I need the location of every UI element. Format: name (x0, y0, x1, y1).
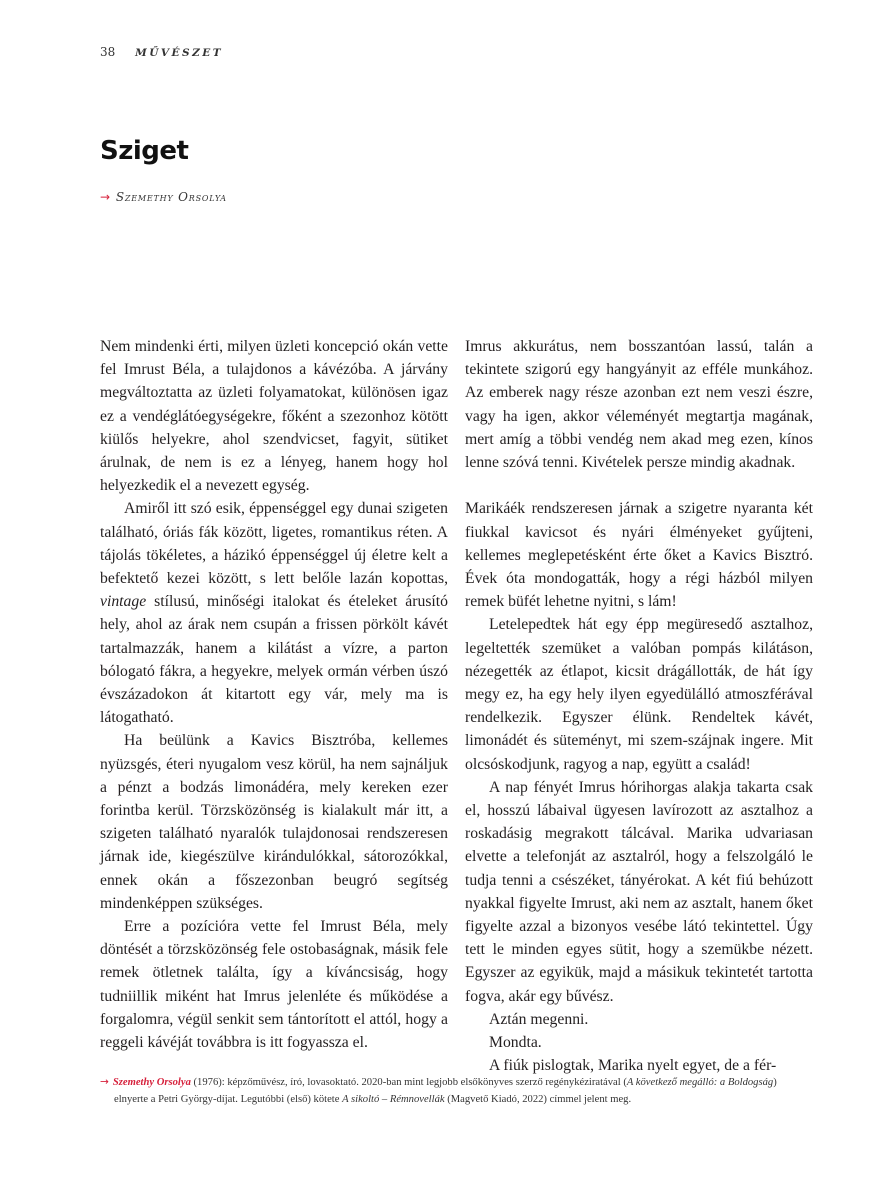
running-head: 38 MŰVÉSZET (100, 45, 223, 59)
paragraph: Letelepedtek hát egy épp megüresedő aszt… (465, 613, 813, 775)
author-name: Szemethy Orsolya (116, 190, 227, 204)
italic-text: A sikoltó – Rémnovellák (342, 1094, 444, 1105)
text-run: (1976): képzőművész, író, lovasoktató. 2… (191, 1077, 627, 1088)
right-column: Imrus akkurátus, nem bosszantóan lassú, … (465, 335, 813, 1077)
author-footnote: →Szemethy Orsolya (1976): képzőművész, í… (100, 1074, 790, 1108)
footnote-author-name: Szemethy Orsolya (113, 1077, 191, 1088)
paragraph: A nap fényét Imrus hórihorgas alakja tak… (465, 776, 813, 1008)
footnote-body: →Szemethy Orsolya (1976): képzőművész, í… (100, 1074, 790, 1108)
page-number: 38 (100, 45, 115, 59)
paragraph: Marikáék rendszeresen járnak a szigetre … (465, 497, 813, 613)
paragraph: Ha beülünk a Kavics Bisztróba, kellemes … (100, 729, 448, 915)
arrow-right-icon: → (100, 190, 111, 204)
paragraph: Mondta. (465, 1031, 813, 1054)
arrow-right-icon: → (100, 1076, 109, 1088)
paragraph: Nem mindenki érti, milyen üzleti koncepc… (100, 335, 448, 497)
text-run: stílusú, minőségi italokat és ételeket á… (100, 593, 448, 726)
text-run: (Magvető Kiadó, 2022) címmel jelent meg. (445, 1094, 632, 1105)
section-label: MŰVÉSZET (135, 47, 223, 59)
paragraph: Erre a pozícióra vette fel Imrust Béla, … (100, 915, 448, 1054)
article-title: Sziget (100, 136, 188, 166)
italic-text: A következő megálló: a Boldogság (627, 1077, 773, 1088)
text-run: Amiről itt szó esik, éppenséggel egy dun… (100, 500, 448, 587)
paragraph: Amiről itt szó esik, éppenséggel egy dun… (100, 497, 448, 729)
italic-text: vintage (100, 593, 146, 610)
byline: →Szemethy Orsolya (100, 190, 227, 204)
paragraph: Aztán megenni. (465, 1008, 813, 1031)
paragraph: Imrus akkurátus, nem bosszantóan lassú, … (465, 335, 813, 474)
left-column: Nem mindenki érti, milyen üzleti koncepc… (100, 335, 448, 1054)
